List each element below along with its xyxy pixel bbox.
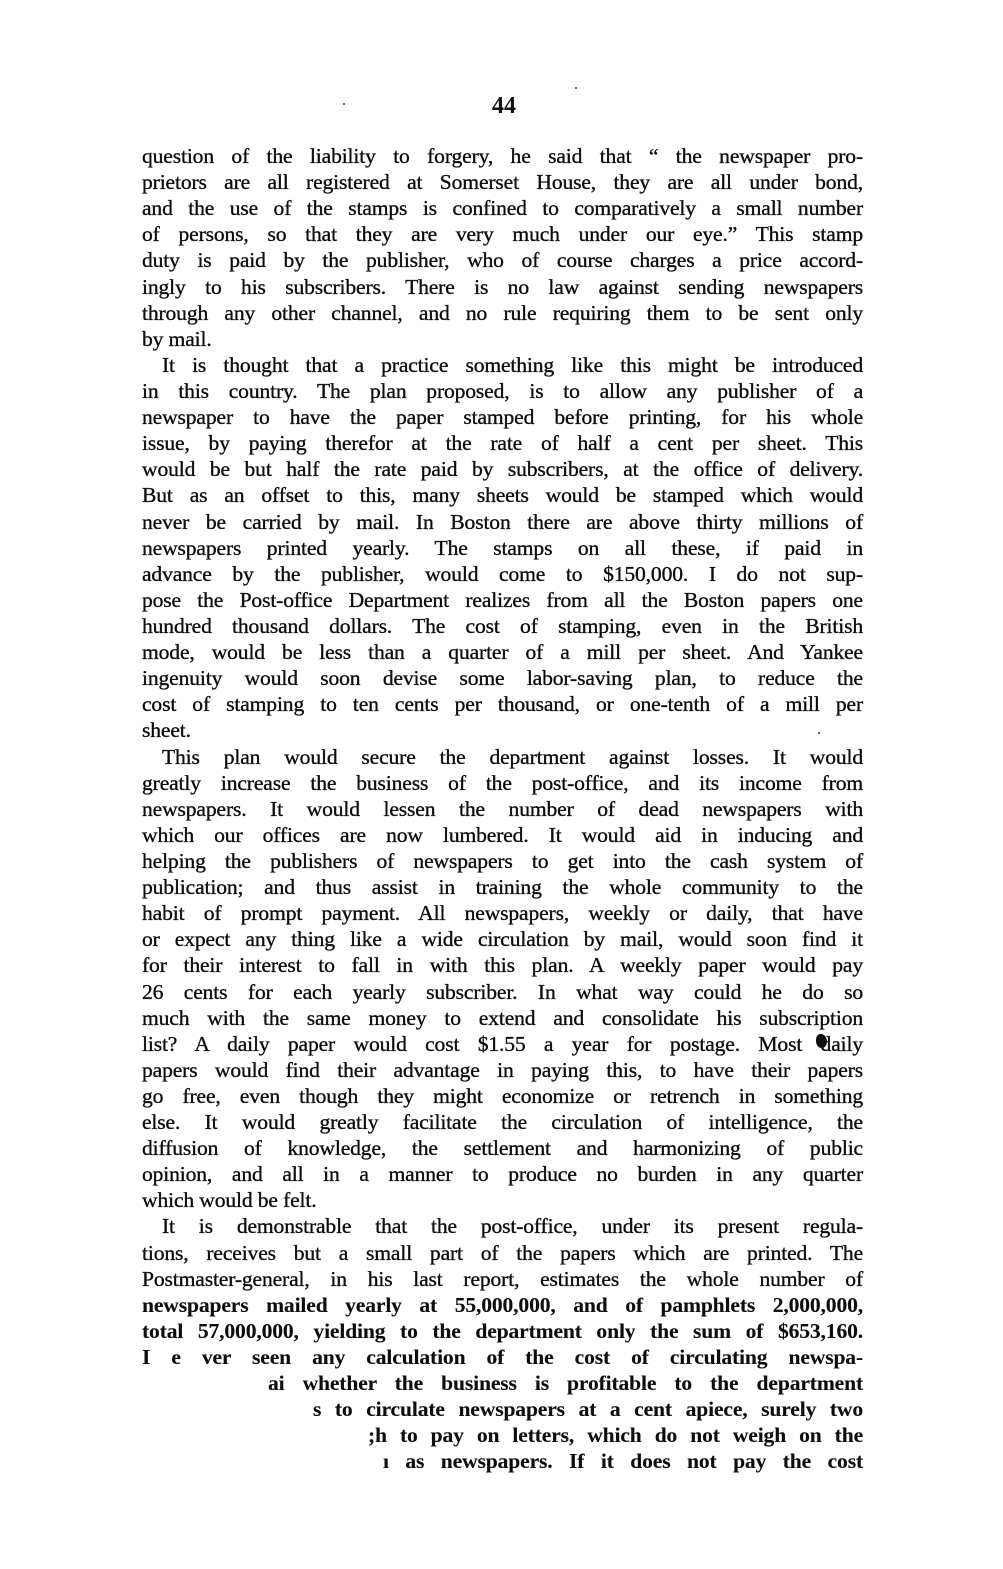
text-line: much with the same money to extend and c… (142, 1005, 863, 1031)
ink-blot (816, 1034, 827, 1048)
text-line: greatly increase the business of the pos… (142, 770, 863, 796)
scan-speck (343, 103, 345, 105)
text-line: list? A daily paper would cost $1.55 a y… (142, 1031, 863, 1057)
damaged-text-line: s to circulate newspapers at a cent apie… (313, 1396, 863, 1422)
text-line: cost of stamping to ten cents per thousa… (142, 691, 863, 717)
text-line: else. It would greatly facilitate the ci… (142, 1109, 863, 1135)
text-line: It is demonstrable that the post-office,… (142, 1213, 863, 1239)
text-line: or expect any thing like a wide circulat… (142, 926, 863, 952)
paragraph: This plan would secure the department ag… (142, 744, 863, 1214)
text-line: ingenuity would soon devise some labor-s… (142, 665, 863, 691)
paragraph: question of the liability to forgery, he… (142, 143, 863, 352)
text-line: tions, receives but a small part of the … (142, 1240, 863, 1266)
text-line: and the use of the stamps is confined to… (142, 195, 863, 221)
text-line: go free, even though they might economiz… (142, 1083, 863, 1109)
paragraph: It is thought that a practice something … (142, 352, 863, 744)
text-line: newspapers printed yearly. The stamps on… (142, 535, 863, 561)
paragraph: It is demonstrable that the post-office,… (142, 1213, 863, 1344)
text-line: helping the publishers of newspapers to … (142, 848, 863, 874)
text-line: This plan would secure the department ag… (142, 744, 863, 770)
text-line: which would be felt. (142, 1187, 863, 1213)
text-line: which our offices are now lumbered. It w… (142, 822, 863, 848)
scan-speck (575, 87, 577, 89)
body-text: question of the liability to forgery, he… (142, 143, 863, 1475)
text-line: through any other channel, and no rule r… (142, 300, 863, 326)
text-line: pose the Post-office Department realizes… (142, 587, 863, 613)
text-line: mode, would be less than a quarter of a … (142, 639, 863, 665)
text-line: ingly to his subscribers. There is no la… (142, 274, 863, 300)
text-line: It is thought that a practice something … (142, 352, 863, 378)
scanned-book-page: 44 question of the liability to forgery,… (0, 0, 1003, 1569)
text-line: prietors are all registered at Somerset … (142, 169, 863, 195)
text-line: issue, by paying therefor at the rate of… (142, 430, 863, 456)
text-line: diffusion of knowledge, the settlement a… (142, 1135, 863, 1161)
text-line: sheet. (142, 717, 863, 743)
damaged-text-region: I e ver seen any calculation of the cost… (142, 1344, 863, 1475)
text-line: habit of prompt payment. All newspapers,… (142, 900, 863, 926)
page-number: 44 (480, 93, 528, 119)
text-line: papers would find their advantage in pay… (142, 1057, 863, 1083)
text-line: newspapers. It would lessen the number o… (142, 796, 863, 822)
damaged-text-line: ai whether the business is profitable to… (268, 1370, 863, 1396)
text-line: of persons, so that they are very much u… (142, 221, 863, 247)
text-line: never be carried by mail. In Boston ther… (142, 509, 863, 535)
text-line: question of the liability to forgery, he… (142, 143, 863, 169)
text-line: total 57,000,000, yielding to the depart… (142, 1318, 863, 1344)
text-line: advance by the publisher, would come to … (142, 561, 863, 587)
text-line: duty is paid by the publisher, who of co… (142, 247, 863, 273)
text-line: would be but half the rate paid by subsc… (142, 456, 863, 482)
text-line: 26 cents for each yearly subscriber. In … (142, 979, 863, 1005)
text-line: Postmaster-general, in his last report, … (142, 1266, 863, 1292)
damaged-text-line: I e ver seen any calculation of the cost… (142, 1344, 863, 1370)
text-line: But as an offset to this, many sheets wo… (142, 482, 863, 508)
text-line: by mail. (142, 326, 863, 352)
text-line: hundred thousand dollars. The cost of st… (142, 613, 863, 639)
text-line: in this country. The plan proposed, is t… (142, 378, 863, 404)
text-line: publication; and thus assist in training… (142, 874, 863, 900)
text-line: opinion, and all in a manner to produce … (142, 1161, 863, 1187)
text-line: for their interest to fall in with this … (142, 952, 863, 978)
text-line: newspapers mailed yearly at 55,000,000, … (142, 1292, 863, 1318)
text-line: newspaper to have the paper stamped befo… (142, 404, 863, 430)
damaged-text-line: ı as newspapers. If it does not pay the … (383, 1448, 863, 1474)
damaged-text-line: ;h to pay on letters, which do not weigh… (368, 1422, 863, 1448)
